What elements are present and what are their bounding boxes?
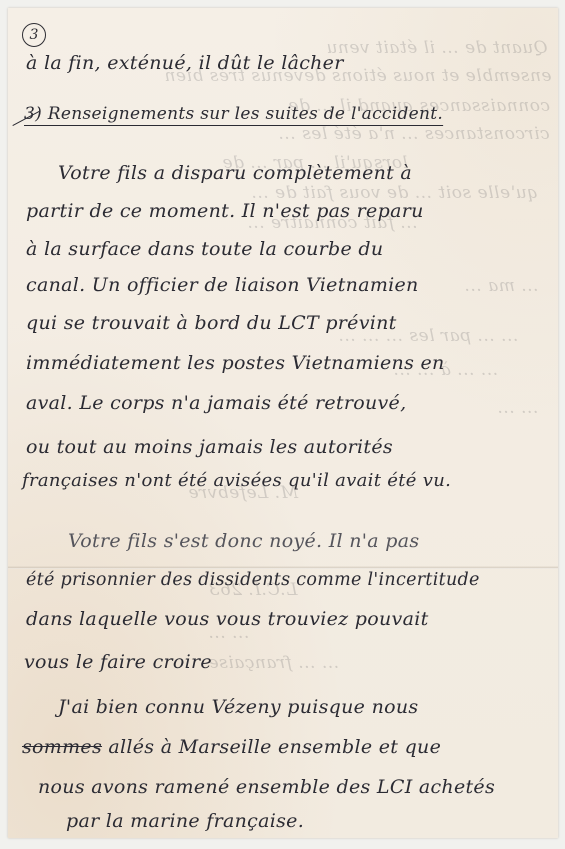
bleed-through-text: circonstances ... n'a été les ... (278, 124, 550, 144)
text-line: dans laquelle vous vous trouviez pouvait (26, 608, 429, 630)
text-line: par la marine française. (66, 810, 304, 832)
text-line: Votre fils a disparu complètement à (58, 162, 412, 184)
bleed-through-text: Quant de ... il était venu (326, 38, 548, 58)
letter-page: Quant de ... il était venu ensemble et n… (8, 8, 558, 838)
paper-fold (8, 566, 558, 569)
text-line: à la surface dans toute la courbe du (26, 238, 383, 260)
text-line: immédiatement les postes Vietnamiens en (26, 352, 445, 374)
bleed-through-text: ... ... française (208, 653, 339, 673)
bleed-through-text: ... ma ... (464, 276, 539, 296)
struck-word: sommes (22, 736, 102, 758)
text-line: qui se trouvait à bord du LCT prévint (26, 312, 397, 334)
text-line: françaises n'ont été avisées qu'il avait… (22, 470, 451, 491)
text-line: partir de ce moment. Il n'est pas reparu (26, 200, 424, 222)
section-heading: 3) Renseignements sur les suites de l'ac… (24, 104, 443, 124)
text-line: canal. Un officier de liaison Vietnamien (26, 274, 419, 296)
text-line: vous le faire croire (24, 651, 212, 673)
text-line: Votre fils s'est donc noyé. Il n'a pas (68, 530, 419, 552)
text-line: aval. Le corps n'a jamais été retrouvé, (26, 392, 406, 414)
text-line: J'ai bien connu Vézeny puisque nous (58, 696, 418, 718)
text-line: à la fin, exténué, il dût le lâcher (26, 52, 344, 74)
text-line: ou tout au moins jamais les autorités (26, 436, 393, 458)
page-number: 3 (22, 23, 46, 47)
bleed-through-text: ... ... (497, 398, 538, 418)
text-line: sommes allés à Marseille ensemble et que (22, 736, 441, 758)
text-line: été prisonnier des dissidents comme l'in… (26, 570, 480, 590)
line-text: allés à Marseille ensemble et que (108, 736, 441, 758)
text-line: nous avons ramené ensemble des LCI achet… (38, 776, 495, 798)
